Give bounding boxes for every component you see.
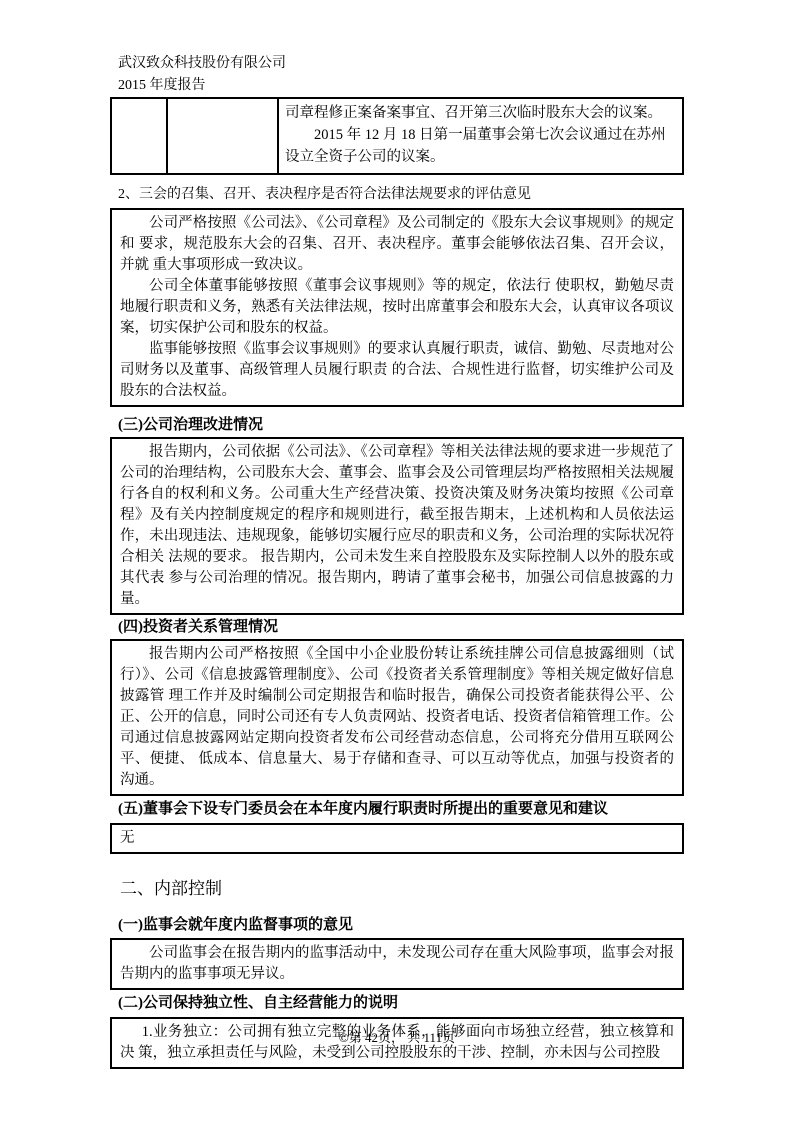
report-title: 2015 年度报告 <box>118 75 684 97</box>
table-cell-empty-1 <box>112 99 168 173</box>
heading-supervisory-opinion: (一)监事会就年度内监督事项的意见 <box>118 916 684 934</box>
eval-paragraph-directors: 公司全体董事能够按照《董事会议事规则》等的规定，依法行 使职权，勤勉尽责地履行职… <box>120 276 674 339</box>
heading-independence: (二)公司保持独立性、自主经营能力的说明 <box>118 994 684 1012</box>
governance-improvement-paragraph: 报告期内，公司依据《公司法》、《公司章程》等相关法律法规的要求进一步规范了公司的… <box>120 442 674 610</box>
heading-three-meetings-eval: 2、三会的召集、召开、表决程序是否符合法律法规要求的评估意见 <box>118 185 684 204</box>
eval-paragraph-shareholders: 公司严格按照《公司法》、《公司章程》及公司制定的《股东大会议事规则》的规定和 要… <box>120 213 674 276</box>
page-content: 武汉致众科技股份有限公司 2015 年度报告 司章程修正案备案事宜、召开第三次临… <box>110 0 684 1069</box>
carryover-table: 司章程修正案备案事宜、召开第三次临时股东大会的议案。 2015 年 12 月 1… <box>110 97 684 175</box>
table-cell-empty-2 <box>168 99 279 173</box>
heading-governance-improvement: (三)公司治理改进情况 <box>118 416 684 434</box>
table-cell-resolutions: 司章程修正案备案事宜、召开第三次临时股东大会的议案。 2015 年 12 月 1… <box>279 99 682 173</box>
document-header: 武汉致众科技股份有限公司 2015 年度报告 <box>118 52 684 97</box>
investor-relations-box: 报告期内公司严格按照《全国中小企业股份转让系统挂牌公司信息披露细则（试行）》、公… <box>110 639 684 796</box>
governance-improvement-box: 报告期内，公司依据《公司法》、《公司章程》等相关法律法规的要求进一步规范了公司的… <box>110 437 684 615</box>
investor-relations-paragraph: 报告期内公司严格按照《全国中小企业股份转让系统挂牌公司信息披露细则（试行）》、公… <box>120 644 674 791</box>
heading-investor-relations: (四)投资者关系管理情况 <box>118 618 684 636</box>
supervisory-opinion-paragraph: 公司监事会在报告期内的监事活动中，未发现公司存在重大风险事项，监事会对报告期内的… <box>120 943 674 985</box>
report-page: 武汉致众科技股份有限公司 2015 年度报告 司章程修正案备案事宜、召开第三次临… <box>0 0 794 1123</box>
supervisory-opinion-box: 公司监事会在报告期内的监事活动中，未发现公司存在重大风险事项，监事会对报告期内的… <box>110 938 684 990</box>
committee-opinions-none: 无 <box>120 828 674 849</box>
part-title-internal-control: 二、内部控制 <box>120 878 684 899</box>
page-number-footer: ©第 42页， 共 111页 <box>0 1030 794 1046</box>
committee-opinions-box: 无 <box>110 823 684 854</box>
eval-opinion-box: 公司严格按照《公司法》、《公司章程》及公司制定的《股东大会议事规则》的规定和 要… <box>110 208 684 407</box>
resolution-text-continuation: 司章程修正案备案事宜、召开第三次临时股东大会的议案。 <box>285 102 676 124</box>
eval-paragraph-supervisors: 监事能够按照《监事会议事规则》的要求认真履行职责，诚信、勤勉、尽责地对公司财务以… <box>120 339 674 402</box>
heading-committee-opinions: (五)董事会下设专门委员会在本年度内履行职责时所提出的重要意见和建议 <box>118 800 684 818</box>
resolution-text-board-meeting: 2015 年 12 月 18 日第一届董事会第七次会议通过在苏州设立全资子公司的… <box>285 124 676 168</box>
company-name: 武汉致众科技股份有限公司 <box>118 52 684 75</box>
